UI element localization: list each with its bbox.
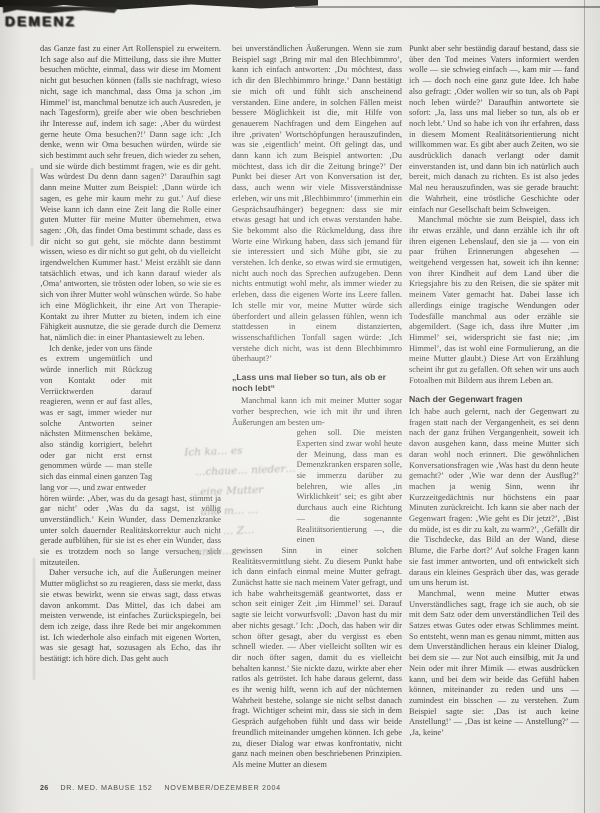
page-footer: 26 DR. MED. MABUSE 152 NOVEMBER/DEZEMBER… xyxy=(40,783,281,792)
paragraph-wrapped: gehen soll. Die meisten Experten sind zw… xyxy=(297,428,402,546)
paragraph: hören würde: ‚Aber, was du da gesagt has… xyxy=(40,494,221,569)
paragraph: Manchmal, wenn meine Mutter etwas Unvers… xyxy=(409,589,579,739)
section-label: DEMENZ xyxy=(5,13,76,29)
paragraph-wrapped: Ich denke, jeder von uns fände es extrem… xyxy=(40,344,152,494)
logo-texture-bar xyxy=(3,6,119,13)
scanned-magazine-page: DEMENZ das Ganze fast zu einer Art Rolle… xyxy=(0,0,600,813)
paragraph: das Ganze fast zu einer Art Rollenspiel … xyxy=(40,44,221,344)
page-edge-line xyxy=(584,0,585,813)
scan-artifact xyxy=(33,558,35,680)
journal-title: DR. MED. MABUSE 152 xyxy=(60,783,152,792)
paragraph: Punkt aber sehr beständig darauf bestand… xyxy=(409,44,579,215)
article-body: das Ganze fast zu einer Art Rollenspiel … xyxy=(40,44,579,774)
column-2: bei unverständlichen Äußerungen. Wenn si… xyxy=(232,44,402,774)
paragraph: Daher versuche ich, auf die Äußerungen m… xyxy=(40,568,221,664)
subheading-gegenwart: Nach der Gegenwart fragen xyxy=(409,394,579,405)
paragraph: Manchmal kann ich mit meiner Mutter soga… xyxy=(232,396,402,428)
page-number: 26 xyxy=(40,783,48,792)
paragraph: gewissen Sinn in einer solchen Realitäts… xyxy=(232,546,402,771)
paragraph: bei unverständlichen Äußerungen. Wenn si… xyxy=(232,44,402,365)
section-logo: DEMENZ xyxy=(3,6,153,34)
issue-date: NOVEMBER/DEZEMBER 2004 xyxy=(164,783,280,792)
paragraph: Manchmal möchte sie zum Beispiel, dass i… xyxy=(409,215,579,386)
subheading-quote: „Lass uns mal lieber so tun, als ob er n… xyxy=(232,372,402,393)
column-3: Punkt aber sehr beständig darauf bestand… xyxy=(409,44,579,774)
column-1: das Ganze fast zu einer Art Rollenspiel … xyxy=(40,44,221,774)
scan-header-line xyxy=(295,6,600,8)
paragraph: Ich habe auch gelernt, nach der Gegenwar… xyxy=(409,407,579,589)
scan-artifact xyxy=(31,168,33,246)
